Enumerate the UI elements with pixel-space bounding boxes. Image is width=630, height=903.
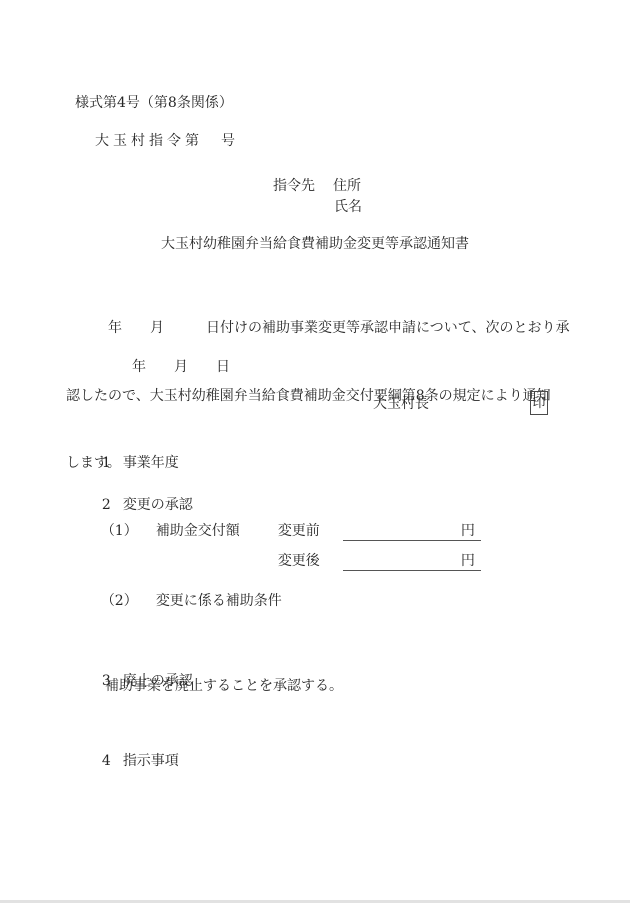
form-number: 様式第4号（第8条関係） (75, 94, 233, 113)
directive-number: 大玉村指令第 号 (95, 132, 239, 151)
document-title: 大玉村幼稚園弁当給食費補助金変更等承認通知書 (0, 235, 630, 254)
item-3-body: 補助事業を廃止することを承認する。 (105, 677, 343, 696)
sub-item-2-number: （2） (101, 592, 156, 611)
amount-after-row: 変更後円 (260, 533, 481, 590)
amount-after-label: 変更後 (278, 552, 343, 571)
recipient-name-label: 氏名 (334, 198, 362, 217)
mayor-signature-label: 大玉村長 (373, 395, 429, 414)
document-page: 様式第4号（第8条関係） 大玉村指令第 号 指令先 住所 氏名 大玉村幼稚園弁当… (0, 0, 630, 903)
seal-label: 印 (532, 397, 545, 410)
item-4-number: 4 (102, 752, 123, 771)
recipient-to-label: 指令先 (273, 177, 315, 196)
recipient-address-label: 住所 (333, 177, 361, 196)
amount-after-field: 円 (343, 552, 481, 571)
item-1-label: 事業年度 (123, 455, 179, 471)
yen-unit-label: 円 (461, 553, 475, 569)
body-line-2: 認したので、大玉村幼稚園弁当給食費補助金交付要綱第8条の規定により通知 (66, 385, 578, 408)
item-4: 4指示事項 (84, 733, 179, 790)
sub-item-1-number: （1） (101, 522, 156, 541)
item-4-label: 指示事項 (123, 753, 179, 769)
item-1-number: 1 (102, 454, 123, 473)
sub-item-2-label: 変更に係る補助条件 (156, 593, 282, 609)
sub-item-2: （2）変更に係る補助条件 (83, 573, 282, 630)
date-line: 年 月 日 (132, 358, 230, 377)
body-line-1: 年 月 日付けの補助事業変更等承認申請について、次のとおり承 (66, 317, 578, 340)
seal-box: 印 (530, 391, 548, 415)
